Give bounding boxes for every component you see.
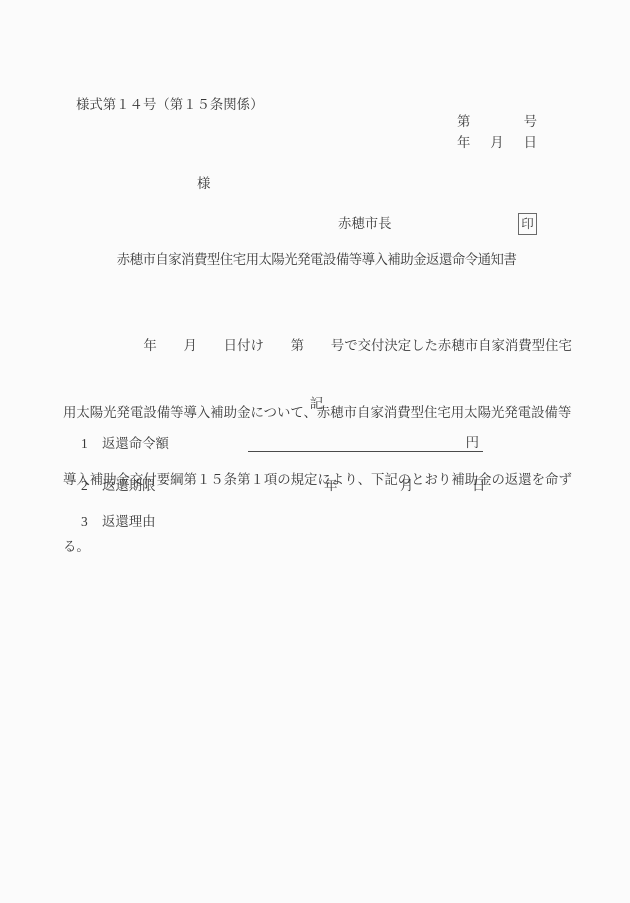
document-page: 様式第１４号（第１５条関係） 第 号 年 月 日 様 赤穂市長 印 赤穂市自家消… — [0, 0, 630, 903]
amount-blank-field: 円 — [248, 435, 483, 452]
deadline-month-label: 月 — [400, 479, 413, 492]
issue-date-line: 年 月 日 — [457, 136, 537, 149]
item-label-deadline: 返還期限 — [102, 479, 156, 492]
issue-date-day-label: 日 — [524, 136, 537, 149]
deadline-year-label: 年 — [324, 479, 337, 492]
document-title: 赤穂市自家消費型住宅用太陽光発電設備等導入補助金返還命令通知書 — [63, 253, 570, 266]
document-number-suffix: 号 — [524, 115, 537, 128]
item-number: 1 — [81, 437, 88, 450]
item-number: 3 — [81, 515, 88, 528]
issue-date-month-label: 月 — [490, 136, 503, 149]
seal-label: 印 — [521, 218, 534, 231]
record-heading: 記 — [63, 397, 570, 410]
document-number-line: 第 号 — [457, 115, 537, 128]
body-line: 年 月 日付け 第 号で交付決定した赤穂市自家消費型住宅 — [63, 335, 575, 357]
item-label-reason: 返還理由 — [102, 515, 156, 528]
item-number: 2 — [81, 479, 88, 492]
deadline-day-label: 日 — [472, 479, 485, 492]
issuer-name: 赤穂市長 — [338, 217, 392, 230]
body-line: る。 — [63, 536, 575, 558]
recipient-honorific: 様 — [197, 177, 210, 190]
seal-mark: 印 — [518, 213, 537, 235]
form-number-label: 様式第１４号（第１５条関係） — [76, 98, 263, 111]
issue-date-year-label: 年 — [457, 136, 470, 149]
amount-unit-label: 円 — [466, 436, 479, 449]
document-number-prefix: 第 — [457, 115, 470, 128]
item-label-amount: 返還命令額 — [102, 437, 169, 450]
